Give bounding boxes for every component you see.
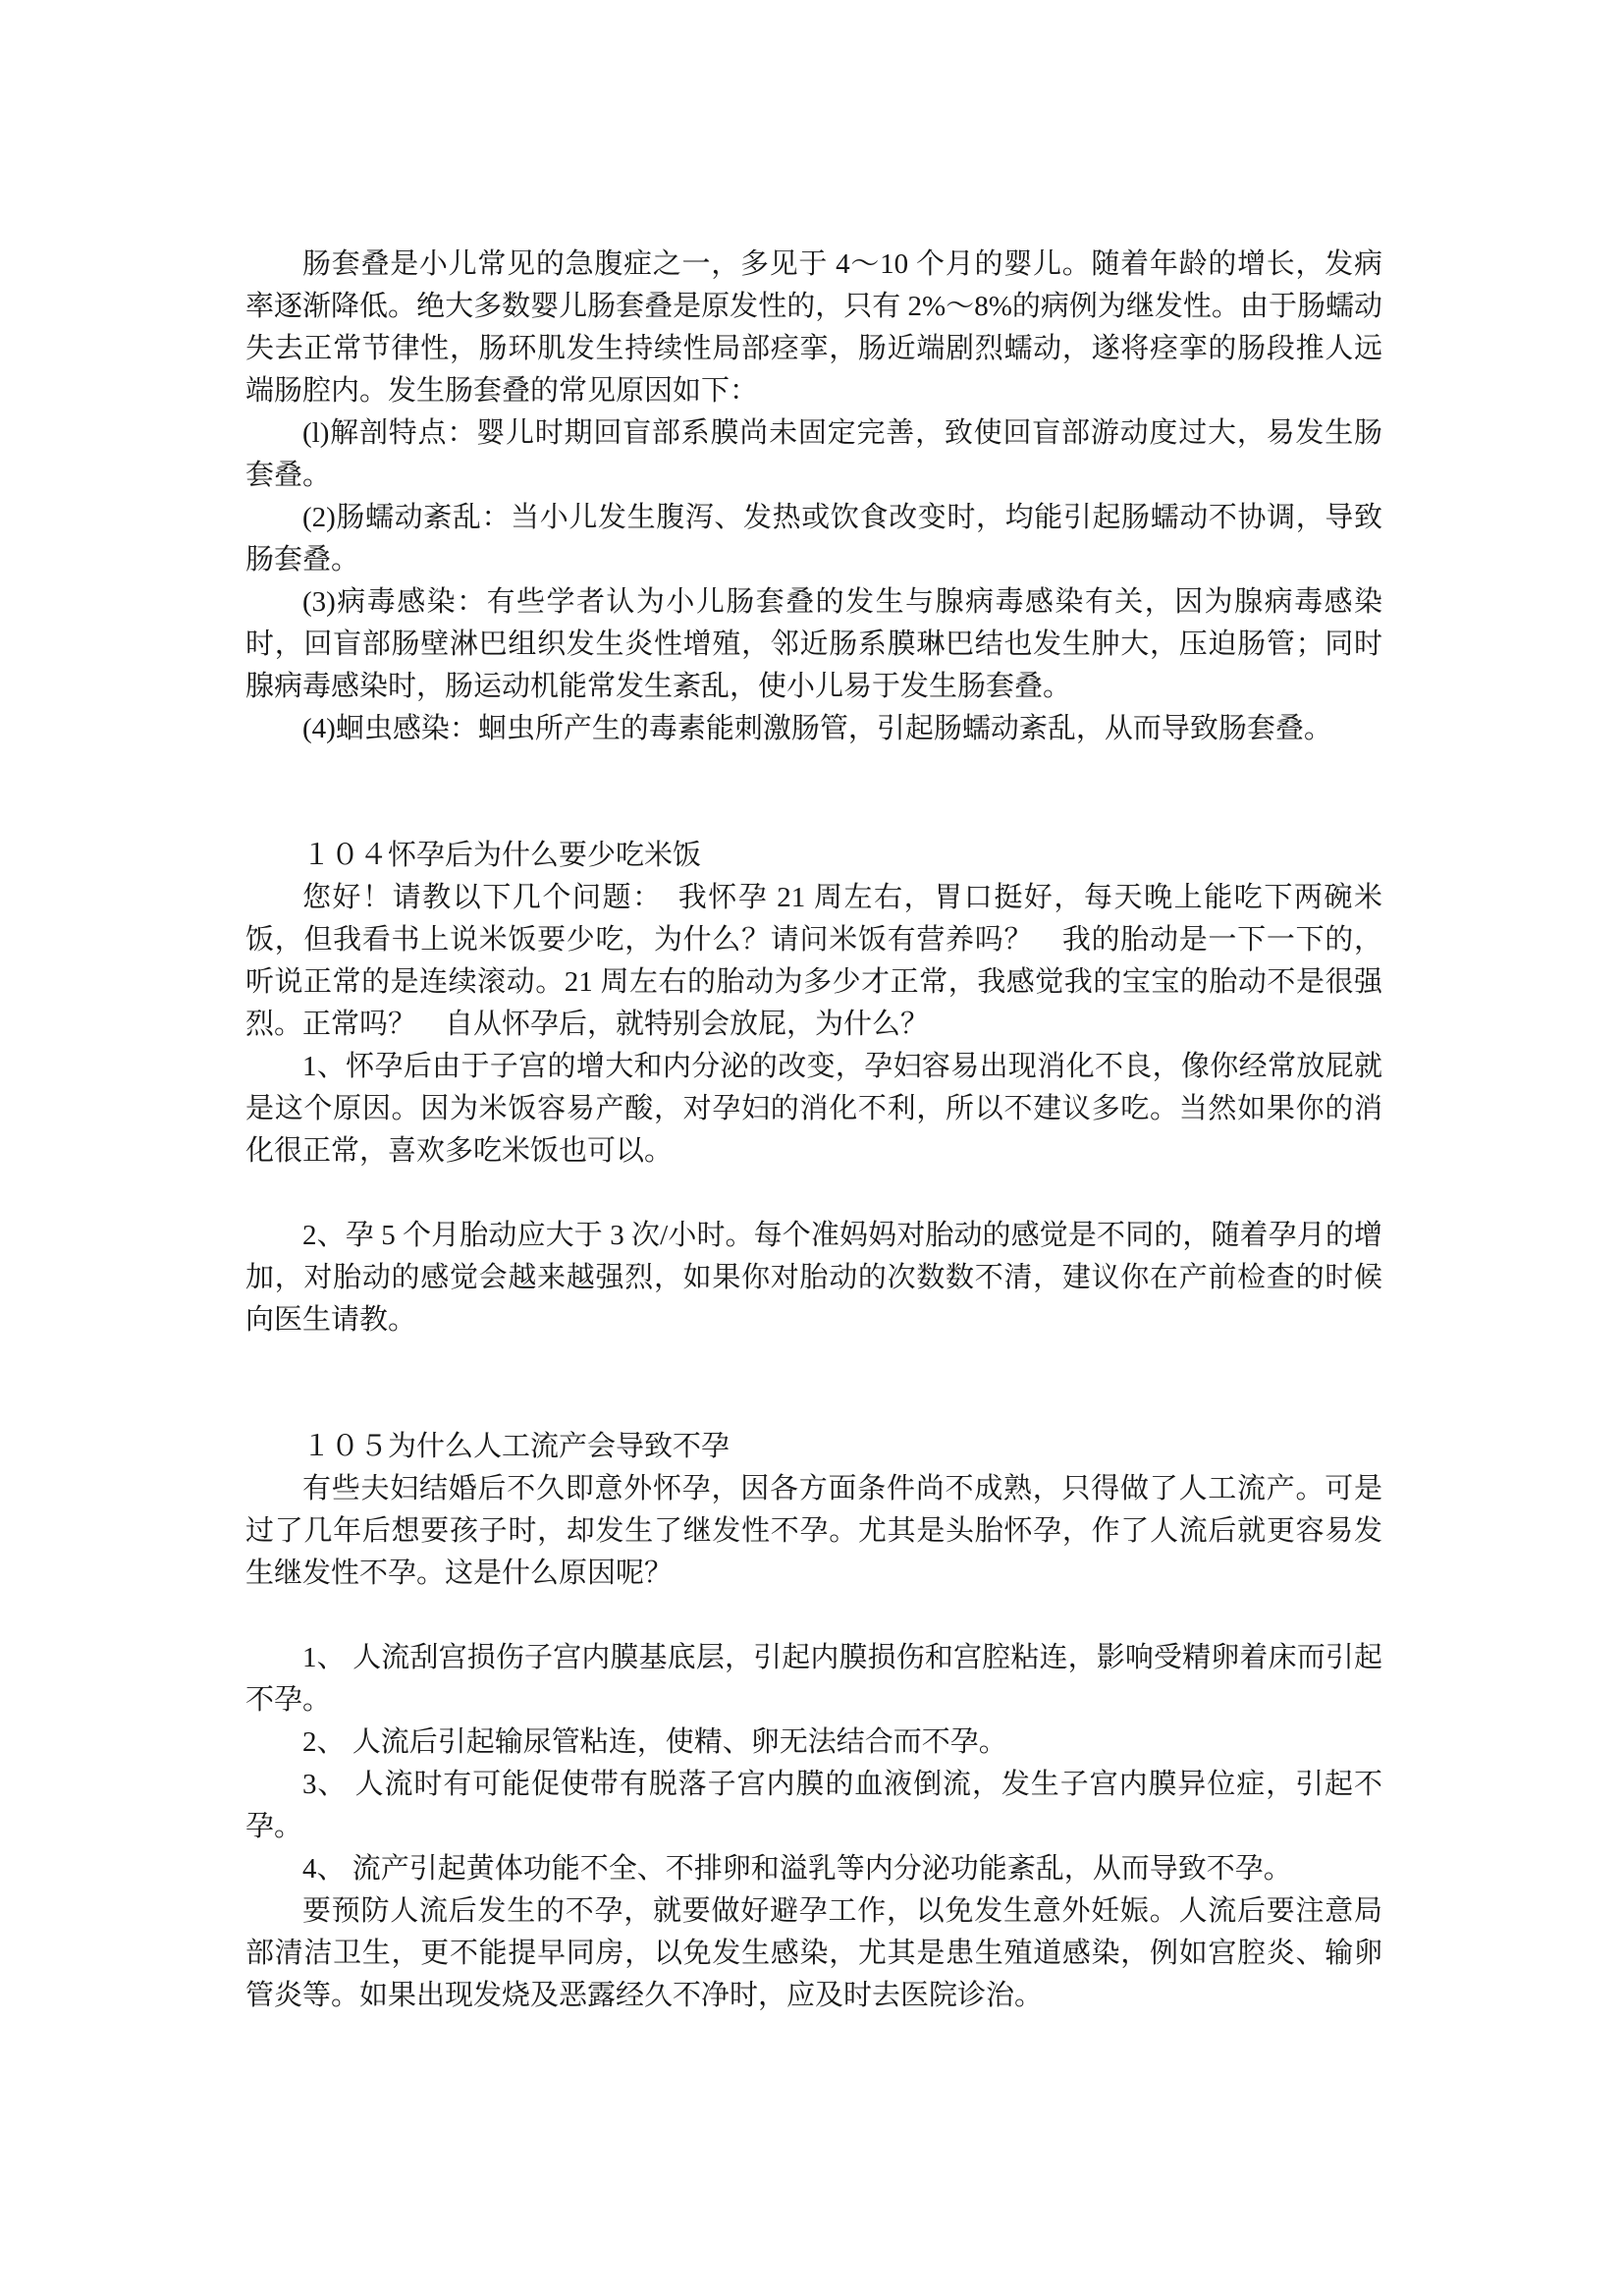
body-paragraph: 要预防人流后发生的不孕，就要做好避孕工作，以免发生意外妊娠。人流后要注意局部清洁…	[245, 1890, 1382, 2017]
section-heading: １０４怀孕后为什么要少吃米饭	[245, 835, 1382, 877]
document-content: 肠套叠是小儿常见的急腹症之一，多见于 4～10 个月的婴儿。随着年龄的增长，发病…	[245, 244, 1382, 2017]
body-paragraph: (2)肠蠕动紊乱：当小儿发生腹泻、发热或饮食改变时，均能引起肠蠕动不协调，导致肠…	[245, 497, 1382, 581]
body-paragraph: (l)解剖特点：婴儿时期回盲部系膜尚未固定完善，致使回盲部游动度过大，易发生肠套…	[245, 412, 1382, 497]
blank-line-spacer	[245, 750, 1382, 835]
blank-line-spacer	[245, 1341, 1382, 1426]
document-page: 肠套叠是小儿常见的急腹症之一，多见于 4～10 个月的婴儿。随着年龄的增长，发病…	[0, 0, 1623, 2296]
body-paragraph: (4)蛔虫感染：蛔虫所产生的毒素能刺激肠管，引起肠蠕动紊乱，从而导致肠套叠。	[245, 708, 1382, 750]
body-paragraph: 2、 人流后引起输尿管粘连，使精、卵无法结合而不孕。	[245, 1722, 1382, 1764]
body-paragraph: (3)病毒感染：有些学者认为小儿肠套叠的发生与腺病毒感染有关，因为腺病毒感染时，…	[245, 581, 1382, 708]
body-paragraph: 您好！请教以下几个问题： 我怀孕 21 周左右，胃口挺好，每天晚上能吃下两碗米饭…	[245, 877, 1382, 1046]
body-paragraph: 3、 人流时有可能促使带有脱落子宫内膜的血液倒流，发生子宫内膜异位症，引起不孕。	[245, 1764, 1382, 1848]
body-paragraph: 2、孕 5 个月胎动应大于 3 次/小时。每个准妈妈对胎动的感觉是不同的，随着孕…	[245, 1215, 1382, 1341]
blank-line-spacer	[245, 1595, 1382, 1637]
body-paragraph: 肠套叠是小儿常见的急腹症之一，多见于 4～10 个月的婴儿。随着年龄的增长，发病…	[245, 244, 1382, 412]
body-paragraph: 4、 流产引起黄体功能不全、不排卵和溢乳等内分泌功能紊乱，从而导致不孕。	[245, 1848, 1382, 1890]
blank-line-spacer	[245, 1173, 1382, 1215]
body-paragraph: 1、 人流刮宫损伤子宫内膜基底层，引起内膜损伤和宫腔粘连，影响受精卵着床而引起不…	[245, 1637, 1382, 1722]
body-paragraph: 1、怀孕后由于子宫的增大和内分泌的改变，孕妇容易出现消化不良，像你经常放屁就是这…	[245, 1046, 1382, 1173]
body-paragraph: 有些夫妇结婚后不久即意外怀孕，因各方面条件尚不成熟，只得做了人工流产。可是过了几…	[245, 1468, 1382, 1595]
section-heading: １０５为什么人工流产会导致不孕	[245, 1426, 1382, 1468]
